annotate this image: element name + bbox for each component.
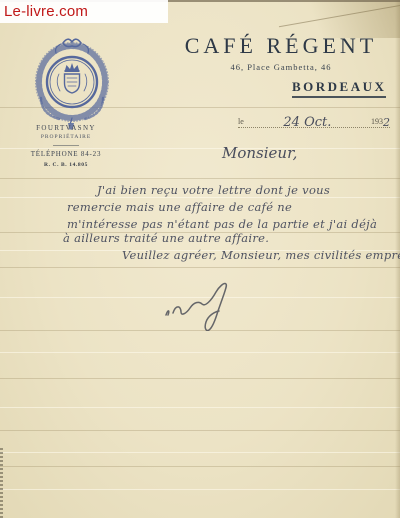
letterhead-sidebar: FOURTVASNY PROPRIÉTAIRE TÉLÉPHONE 84-23 … [8, 124, 124, 168]
date-line: le 24 Oct. 193 2 [238, 109, 390, 128]
paper-crease [0, 378, 400, 379]
proprietor-title: PROPRIÉTAIRE [8, 134, 124, 140]
paper-crease [0, 452, 400, 453]
proprietor-name: FOURTVASNY [8, 124, 124, 132]
year-digit-handwritten: 2 [383, 117, 390, 128]
telephone-line: TÉLÉPHONE 84-23 [8, 150, 124, 158]
date-handwritten: 24 Oct. [244, 116, 371, 129]
royal-crest-icon [25, 34, 119, 130]
body-line: Veuillez agréer, Monsieur, mes civilités… [122, 248, 400, 262]
paper-crease [0, 178, 400, 179]
paper-crease [0, 489, 400, 490]
body-line: remercie mais une affaire de café ne [67, 200, 292, 214]
paper-crease [0, 352, 400, 353]
body-line: J'ai bien reçu votre lettre dont je vous [97, 183, 330, 197]
watermark-text: Le-livre.com [4, 3, 88, 20]
paper-crease [0, 407, 400, 408]
body-line: m'intéresse pas n'étant pas de la partie… [67, 217, 377, 231]
paper-crease [0, 430, 400, 431]
company-city: BORDEAUX [292, 79, 386, 98]
scanned-letter: Le-livre.com FO [0, 0, 400, 518]
paper-crease [0, 197, 400, 198]
page-left-edge-texture [0, 448, 3, 518]
year-printed: 193 [371, 118, 383, 127]
paper-crease [0, 267, 400, 268]
paper-crease [0, 466, 400, 467]
salutation: Monsieur, [222, 144, 297, 162]
signature-scrawl-icon [158, 277, 268, 331]
registry-line: R. C. B. 14.805 [8, 162, 124, 168]
body-line: à ailleurs traité une autre affaire. [63, 231, 269, 245]
company-title: CAFÉ RÉGENT [184, 33, 378, 59]
sidebar-divider [53, 145, 79, 146]
company-address: 46, Place Gambetta, 46 [200, 62, 362, 72]
